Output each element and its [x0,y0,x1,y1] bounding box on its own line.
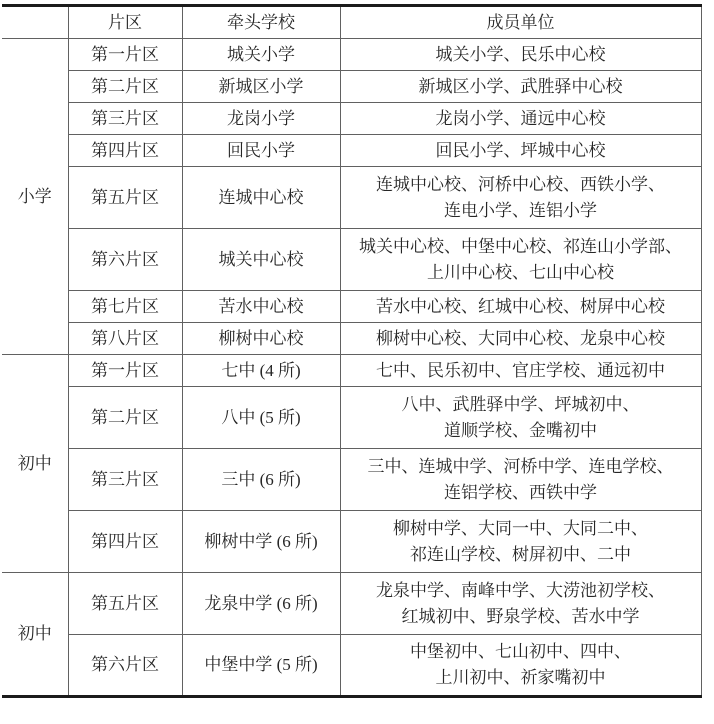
table-row: 第八片区 柳树中心校 柳树中心校、大同中心校、龙泉中心校 [2,323,701,355]
district-cell: 第一片区 [68,39,182,71]
group-cell-junior-high-2: 初中 [2,573,68,697]
district-cell: 第四片区 [68,135,182,167]
table-row: 小学 第一片区 城关小学 城关小学、民乐中心校 [2,39,701,71]
table-row: 初中 第一片区 七中 (4 所) 七中、民乐初中、官庄学校、通远初中 [2,355,701,387]
district-cell: 第二片区 [68,387,182,449]
member-units-cell: 新城区小学、武胜驿中心校 [340,71,701,103]
lead-school-cell: 龙泉中学 (6 所) [182,573,340,635]
group-cell-primary-school: 小学 [2,39,68,355]
school-district-table: 片区 牵头学校 成员单位 小学 第一片区 城关小学 城关小学、民乐中心校 第二片… [2,4,702,698]
table-row: 第七片区 苦水中心校 苦水中心校、红城中心校、树屏中心校 [2,291,701,323]
district-cell: 第三片区 [68,449,182,511]
member-units-cell: 中堡初中、七山初中、四中、 上川初中、祈家嘴初中 [340,635,701,697]
table-row: 第三片区 三中 (6 所) 三中、连城中学、河桥中学、连电学校、 连铝学校、西铁… [2,449,701,511]
header-cell-lead-school: 牵头学校 [182,6,340,39]
district-cell: 第五片区 [68,573,182,635]
lead-school-cell: 回民小学 [182,135,340,167]
district-cell: 第五片区 [68,167,182,229]
group-cell-junior-high-1: 初中 [2,355,68,573]
district-cell: 第六片区 [68,229,182,291]
lead-school-cell: 城关中心校 [182,229,340,291]
member-units-cell: 连城中心校、河桥中心校、西铁小学、 连电小学、连铝小学 [340,167,701,229]
member-units-cell: 城关小学、民乐中心校 [340,39,701,71]
member-units-cell: 七中、民乐初中、官庄学校、通远初中 [340,355,701,387]
lead-school-cell: 新城区小学 [182,71,340,103]
district-cell: 第三片区 [68,103,182,135]
table-row: 第二片区 八中 (5 所) 八中、武胜驿中学、坪城初中、 道顺学校、金嘴初中 [2,387,701,449]
table-row: 初中 第五片区 龙泉中学 (6 所) 龙泉中学、南峰中学、大涝池初学校、 红城初… [2,573,701,635]
district-cell: 第二片区 [68,71,182,103]
district-cell: 第一片区 [68,355,182,387]
lead-school-cell: 八中 (5 所) [182,387,340,449]
member-units-cell: 龙岗小学、通远中心校 [340,103,701,135]
lead-school-cell: 龙岗小学 [182,103,340,135]
district-cell: 第八片区 [68,323,182,355]
district-cell: 第七片区 [68,291,182,323]
lead-school-cell: 中堡中学 (5 所) [182,635,340,697]
member-units-cell: 城关中心校、中堡中心校、祁连山小学部、 上川中心校、七山中心校 [340,229,701,291]
member-units-cell: 苦水中心校、红城中心校、树屏中心校 [340,291,701,323]
lead-school-cell: 连城中心校 [182,167,340,229]
district-cell: 第六片区 [68,635,182,697]
table-row: 第五片区 连城中心校 连城中心校、河桥中心校、西铁小学、 连电小学、连铝小学 [2,167,701,229]
member-units-cell: 龙泉中学、南峰中学、大涝池初学校、 红城初中、野泉学校、苦水中学 [340,573,701,635]
district-cell: 第四片区 [68,511,182,573]
header-cell-district: 片区 [68,6,182,39]
document-page: 片区 牵头学校 成员单位 小学 第一片区 城关小学 城关小学、民乐中心校 第二片… [0,0,714,724]
lead-school-cell: 三中 (6 所) [182,449,340,511]
member-units-cell: 回民小学、坪城中心校 [340,135,701,167]
lead-school-cell: 城关小学 [182,39,340,71]
member-units-cell: 八中、武胜驿中学、坪城初中、 道顺学校、金嘴初中 [340,387,701,449]
table-row: 第三片区 龙岗小学 龙岗小学、通远中心校 [2,103,701,135]
lead-school-cell: 苦水中心校 [182,291,340,323]
table-row: 第六片区 中堡中学 (5 所) 中堡初中、七山初中、四中、 上川初中、祈家嘴初中 [2,635,701,697]
member-units-cell: 三中、连城中学、河桥中学、连电学校、 连铝学校、西铁中学 [340,449,701,511]
table-row: 第二片区 新城区小学 新城区小学、武胜驿中心校 [2,71,701,103]
lead-school-cell: 柳树中心校 [182,323,340,355]
header-cell-group-blank [2,6,68,39]
member-units-cell: 柳树中学、大同一中、大同二中、 祁连山学校、树屏初中、二中 [340,511,701,573]
lead-school-cell: 七中 (4 所) [182,355,340,387]
lead-school-cell: 柳树中学 (6 所) [182,511,340,573]
table-row: 第四片区 回民小学 回民小学、坪城中心校 [2,135,701,167]
header-row: 片区 牵头学校 成员单位 [2,6,701,39]
table-row: 第六片区 城关中心校 城关中心校、中堡中心校、祁连山小学部、 上川中心校、七山中… [2,229,701,291]
member-units-cell: 柳树中心校、大同中心校、龙泉中心校 [340,323,701,355]
header-cell-member-units: 成员单位 [340,6,701,39]
table-row: 第四片区 柳树中学 (6 所) 柳树中学、大同一中、大同二中、 祁连山学校、树屏… [2,511,701,573]
